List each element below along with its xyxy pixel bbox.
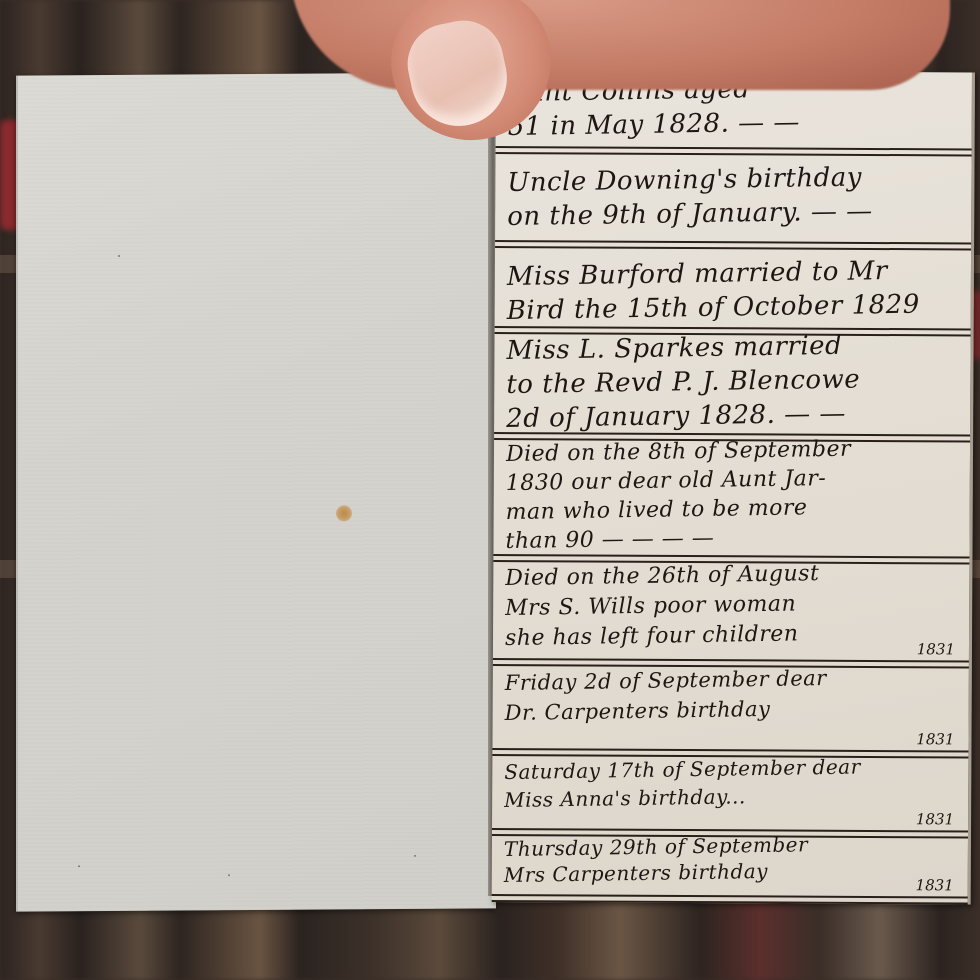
diary-entry: Died on the 26th of August Mrs S. Wills … — [493, 564, 969, 662]
entry-year: 1831 — [916, 876, 954, 894]
entry-text-line: on the 9th of January. — — — [507, 193, 955, 234]
entry-year: 1831 — [916, 730, 954, 748]
entry-text-line: Dr. Carpenters birthday — [504, 691, 952, 728]
diary-entry: Uncle Downing's birthday on the 9th of J… — [495, 166, 971, 244]
paper-speck — [118, 255, 120, 257]
paper-speck — [228, 874, 230, 876]
entry-text-line: than 90 — — — — — [505, 520, 953, 556]
diary-entry: Thursday 29th of September Mrs Carpenter… — [492, 836, 968, 898]
entry-year: 1831 — [916, 810, 954, 828]
holding-hand — [290, 0, 950, 90]
paper-speck — [78, 865, 80, 867]
right-handwritten-page: Aunt Collins aged 51 in May 1828. — — Un… — [492, 70, 975, 904]
foxing-stain — [336, 505, 352, 521]
entry-text-line: 2d of January 1828. — — — [506, 395, 954, 436]
entry-year: 1831 — [917, 640, 955, 658]
diary-entry: Died on the 8th of September 1830 our de… — [493, 440, 970, 558]
entry-text-line: 51 in May 1828. — — — [507, 103, 955, 144]
diary-entry: Friday 2d of September dear Dr. Carpente… — [492, 668, 968, 752]
entry-text-line: Bird the 15th of October 1829 — [506, 287, 954, 328]
entry-text-line: Miss Anna's birthday... — [504, 779, 952, 814]
diary-entry: Saturday 17th of September dear Miss Ann… — [492, 758, 968, 832]
diary-entry: Miss L. Sparkes married to the Revd P. J… — [494, 334, 971, 436]
diary-entry: Miss Burford married to Mr Bird the 15th… — [495, 260, 971, 330]
left-blank-page — [16, 72, 496, 911]
entry-text-line: she has left four children — [505, 617, 953, 654]
paper-speck — [414, 855, 416, 857]
